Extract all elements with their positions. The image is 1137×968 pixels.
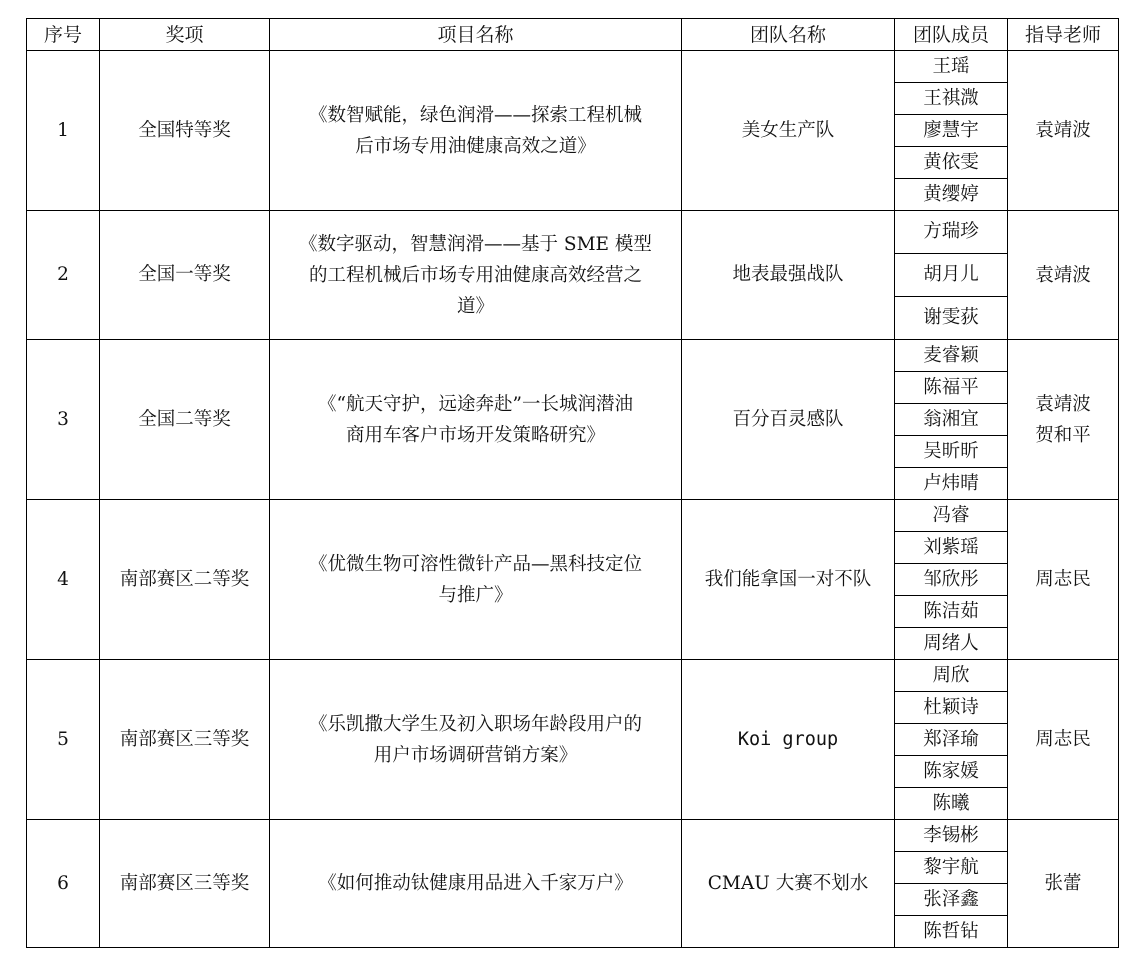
row-team: Koi group [682, 660, 895, 820]
member: 王祺溦 [895, 83, 1008, 115]
row-advisor: 张蕾 [1008, 820, 1119, 948]
member: 麦睿颖 [895, 340, 1008, 372]
project-line: 后市场专用油健康高效之道》 [284, 131, 667, 162]
member: 陈曦 [895, 788, 1008, 820]
row-advisor: 周志民 [1008, 660, 1119, 820]
row-award: 南部赛区三等奖 [100, 820, 270, 948]
member: 杜颖诗 [895, 692, 1008, 724]
row-advisor: 袁靖波 贺和平 [1008, 340, 1119, 500]
project-line: 《乐凯撒大学生及初入职场年龄段用户的 [284, 709, 667, 740]
table-row: 2 全国一等奖 《数字驱动，智慧润滑——基于 SME 模型 的工程机械后市场专用… [27, 211, 1119, 254]
member: 张泽鑫 [895, 884, 1008, 916]
table-row: 5 南部赛区三等奖 《乐凯撒大学生及初入职场年龄段用户的 用户市场调研营销方案》… [27, 660, 1119, 692]
advisor-name: 袁靖波 [1008, 260, 1118, 291]
row-award: 全国特等奖 [100, 51, 270, 211]
member: 谢雯荻 [895, 297, 1008, 340]
header-advisor: 指导老师 [1008, 19, 1119, 51]
row-project: 《如何推动钛健康用品进入千家万户》 [270, 820, 682, 948]
table-row: 1 全国特等奖 《数智赋能，绿色润滑——探索工程机械 后市场专用油健康高效之道》… [27, 51, 1119, 83]
member: 陈福平 [895, 372, 1008, 404]
table-row: 4 南部赛区二等奖 《优微生物可溶性微针产品—黑科技定位 与推广》 我们能拿国一… [27, 500, 1119, 532]
member: 卢炜晴 [895, 468, 1008, 500]
advisor-name: 贺和平 [1008, 420, 1118, 451]
header-project: 项目名称 [270, 19, 682, 51]
row-no: 3 [27, 340, 100, 500]
awards-table: 序号 奖项 项目名称 团队名称 团队成员 指导老师 1 全国特等奖 《数智赋能，… [26, 18, 1119, 948]
member: 翁湘宜 [895, 404, 1008, 436]
member: 周欣 [895, 660, 1008, 692]
row-award: 全国一等奖 [100, 211, 270, 340]
project-line: 道》 [284, 291, 667, 322]
advisor-name: 张蕾 [1008, 868, 1118, 899]
member: 刘紫瑶 [895, 532, 1008, 564]
member: 黄依雯 [895, 147, 1008, 179]
project-line: 《优微生物可溶性微针产品—黑科技定位 [284, 549, 667, 580]
member: 王瑶 [895, 51, 1008, 83]
project-line: 商用车客户市场开发策略研究》 [284, 420, 667, 451]
member: 黎宇航 [895, 852, 1008, 884]
row-project: 《数智赋能，绿色润滑——探索工程机械 后市场专用油健康高效之道》 [270, 51, 682, 211]
member: 陈洁茹 [895, 596, 1008, 628]
member: 吴昕昕 [895, 436, 1008, 468]
row-project: 《数字驱动，智慧润滑——基于 SME 模型 的工程机械后市场专用油健康高效经营之… [270, 211, 682, 340]
row-no: 2 [27, 211, 100, 340]
row-team: 美女生产队 [682, 51, 895, 211]
table-row: 6 南部赛区三等奖 《如何推动钛健康用品进入千家万户》 CMAU 大赛不划水 李… [27, 820, 1119, 852]
member: 黄缨婷 [895, 179, 1008, 211]
table-row: 3 全国二等奖 《“航天守护，远途奔赴”一长城润潜油 商用车客户市场开发策略研究… [27, 340, 1119, 372]
row-project: 《乐凯撒大学生及初入职场年龄段用户的 用户市场调研营销方案》 [270, 660, 682, 820]
project-line: 《“航天守护，远途奔赴”一长城润潜油 [284, 389, 667, 420]
project-line: 与推广》 [284, 580, 667, 611]
member: 周绪人 [895, 628, 1008, 660]
member: 陈哲钻 [895, 916, 1008, 948]
row-advisor: 周志民 [1008, 500, 1119, 660]
member: 方瑞珍 [895, 211, 1008, 254]
advisor-name: 周志民 [1008, 724, 1118, 755]
row-team: 百分百灵感队 [682, 340, 895, 500]
row-team: 我们能拿国一对不队 [682, 500, 895, 660]
member: 廖慧宇 [895, 115, 1008, 147]
header-no: 序号 [27, 19, 100, 51]
row-team: 地表最强战队 [682, 211, 895, 340]
row-award: 全国二等奖 [100, 340, 270, 500]
project-line: 的工程机械后市场专用油健康高效经营之 [284, 260, 667, 291]
row-advisor: 袁靖波 [1008, 211, 1119, 340]
advisor-name: 袁靖波 [1008, 389, 1118, 420]
project-line: 《如何推动钛健康用品进入千家万户》 [284, 868, 667, 899]
header-team: 团队名称 [682, 19, 895, 51]
row-no: 4 [27, 500, 100, 660]
row-no: 5 [27, 660, 100, 820]
project-line: 用户市场调研营销方案》 [284, 740, 667, 771]
header-row: 序号 奖项 项目名称 团队名称 团队成员 指导老师 [27, 19, 1119, 51]
member: 邹欣彤 [895, 564, 1008, 596]
member: 胡月儿 [895, 254, 1008, 297]
row-project: 《优微生物可溶性微针产品—黑科技定位 与推广》 [270, 500, 682, 660]
row-team: CMAU 大赛不划水 [682, 820, 895, 948]
header-award: 奖项 [100, 19, 270, 51]
header-members: 团队成员 [895, 19, 1008, 51]
row-no: 1 [27, 51, 100, 211]
row-no: 6 [27, 820, 100, 948]
row-project: 《“航天守护，远途奔赴”一长城润潜油 商用车客户市场开发策略研究》 [270, 340, 682, 500]
row-advisor: 袁靖波 [1008, 51, 1119, 211]
member: 陈家媛 [895, 756, 1008, 788]
member: 郑泽瑜 [895, 724, 1008, 756]
member: 冯睿 [895, 500, 1008, 532]
row-award: 南部赛区二等奖 [100, 500, 270, 660]
project-line: 《数字驱动，智慧润滑——基于 SME 模型 [284, 229, 667, 260]
row-award: 南部赛区三等奖 [100, 660, 270, 820]
advisor-name: 周志民 [1008, 564, 1118, 595]
member: 李锡彬 [895, 820, 1008, 852]
project-line: 《数智赋能，绿色润滑——探索工程机械 [284, 100, 667, 131]
advisor-name: 袁靖波 [1008, 115, 1118, 146]
